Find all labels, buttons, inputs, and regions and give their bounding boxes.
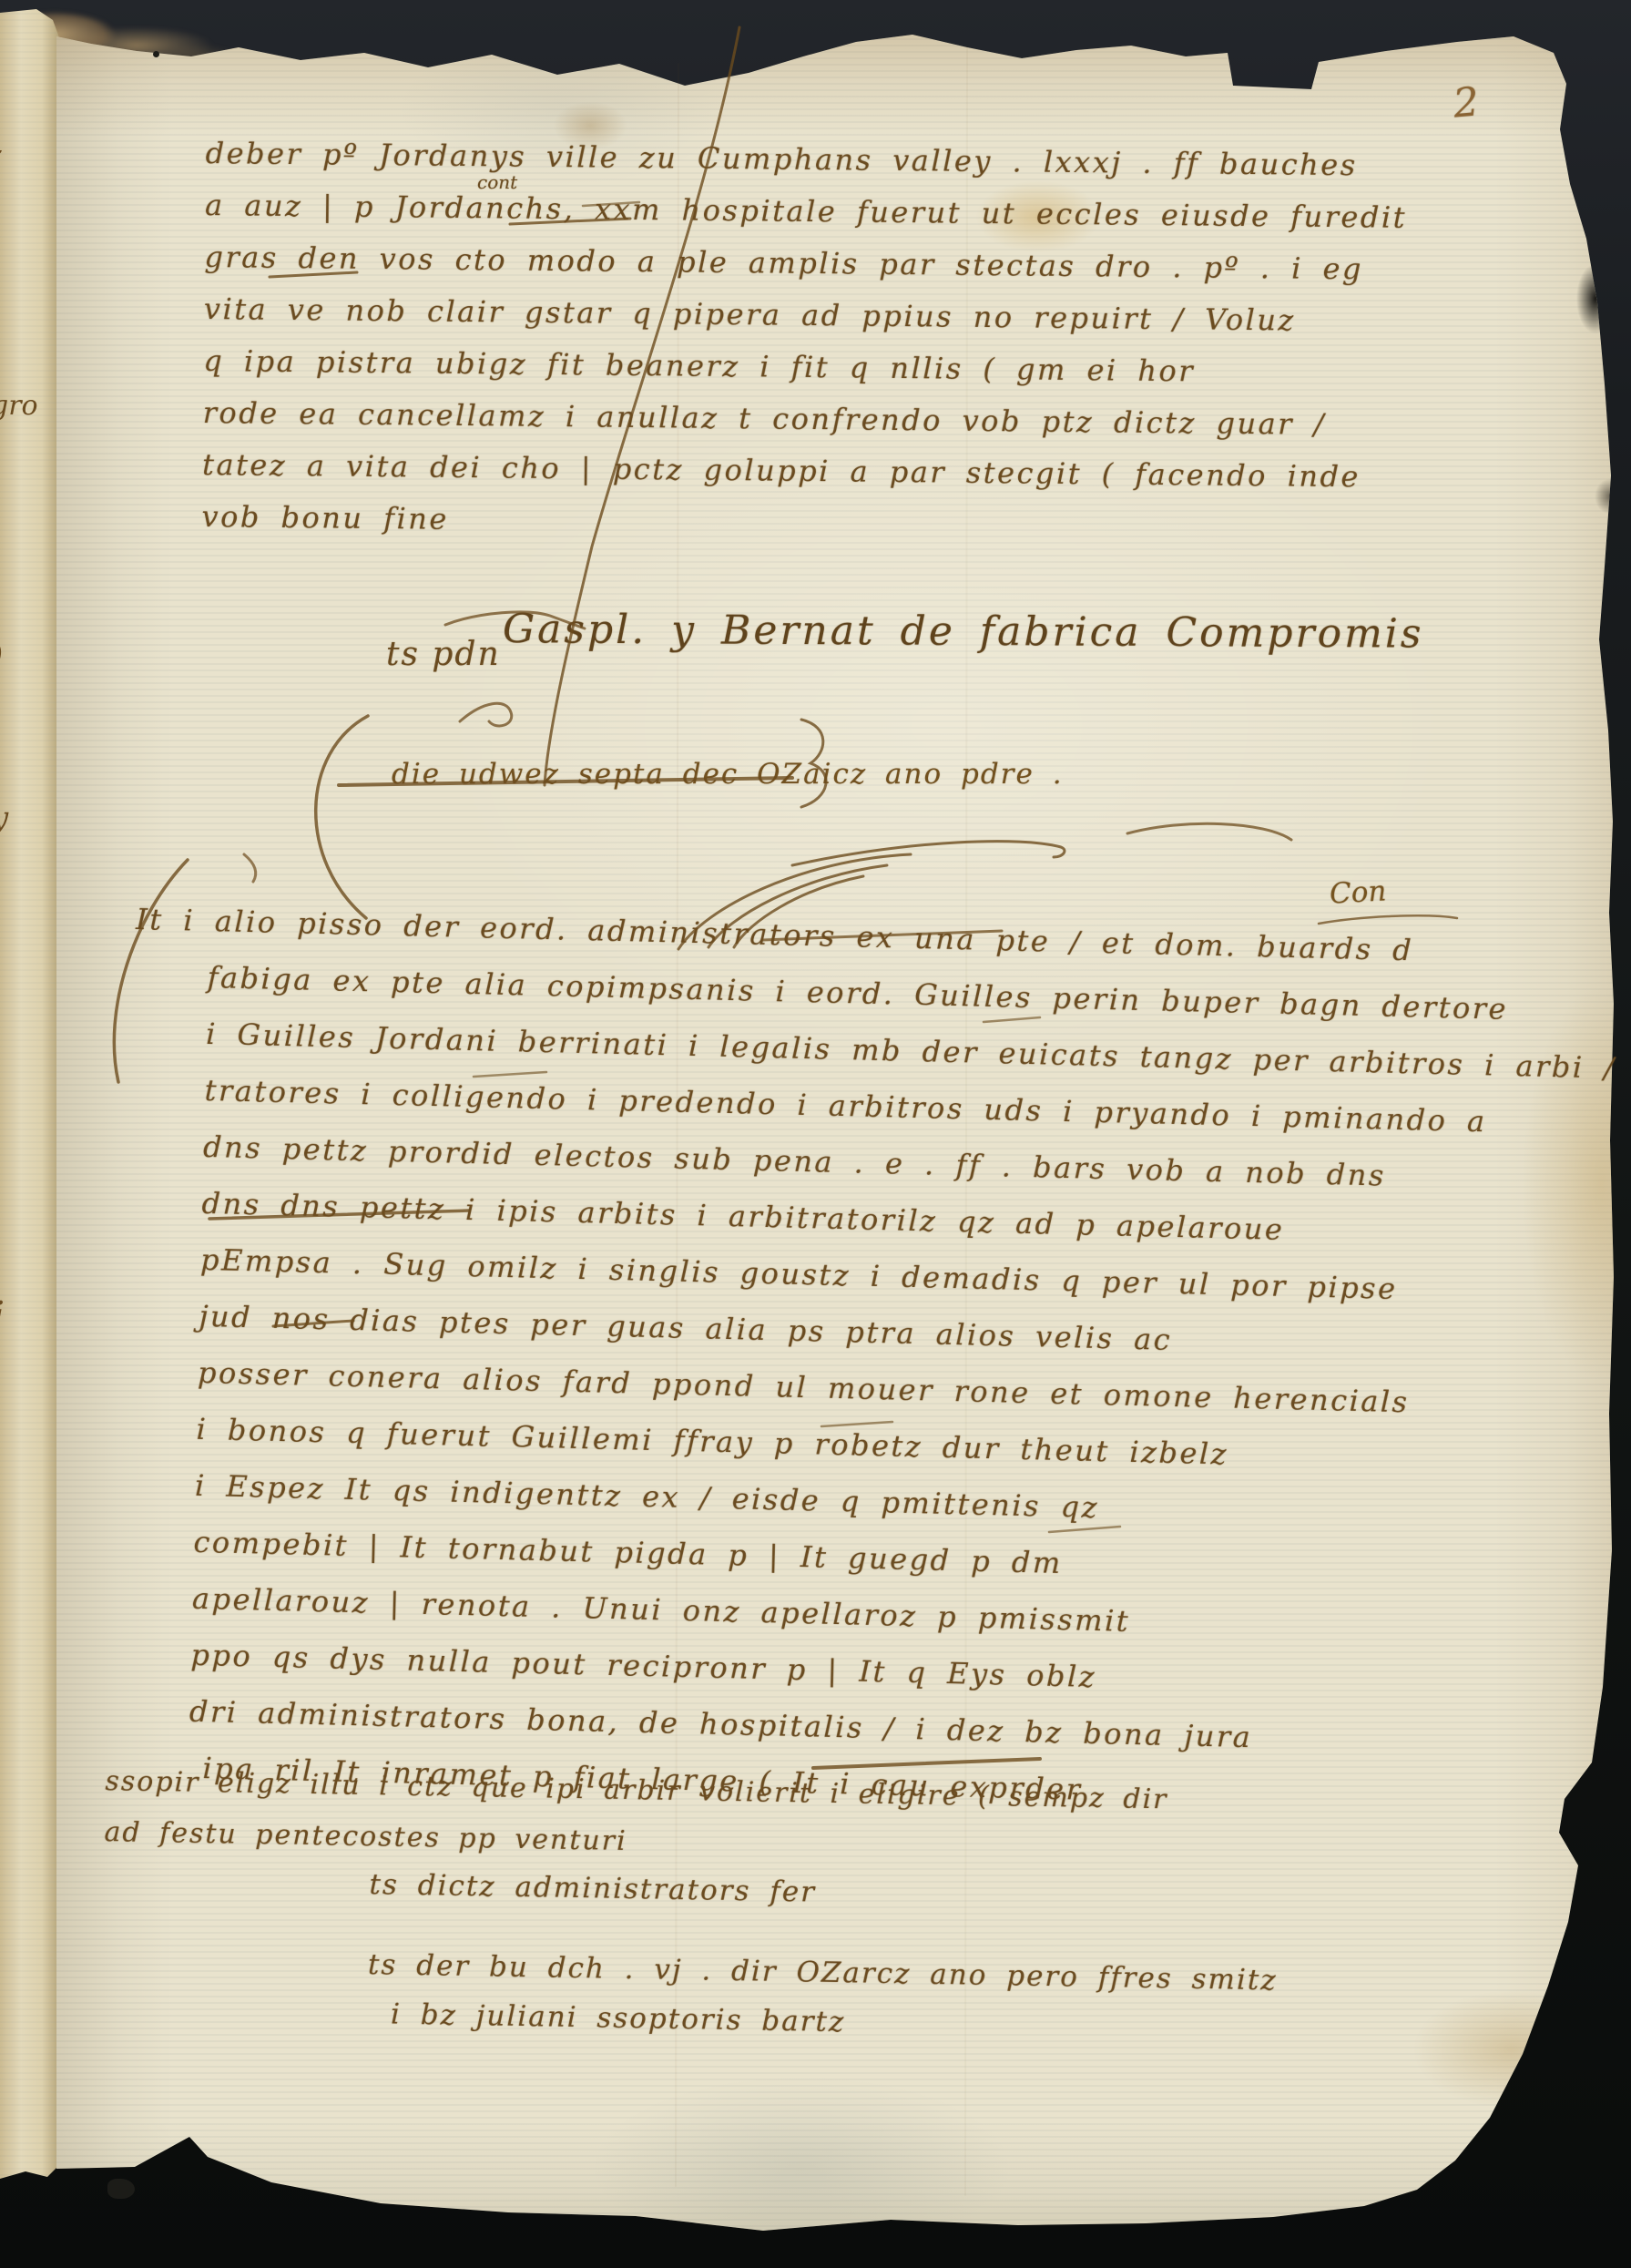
pen-strokes bbox=[0, 0, 1631, 2268]
manuscript-photo: 2 deber pº Jordanys ville zu Cumphans va… bbox=[0, 0, 1631, 2268]
